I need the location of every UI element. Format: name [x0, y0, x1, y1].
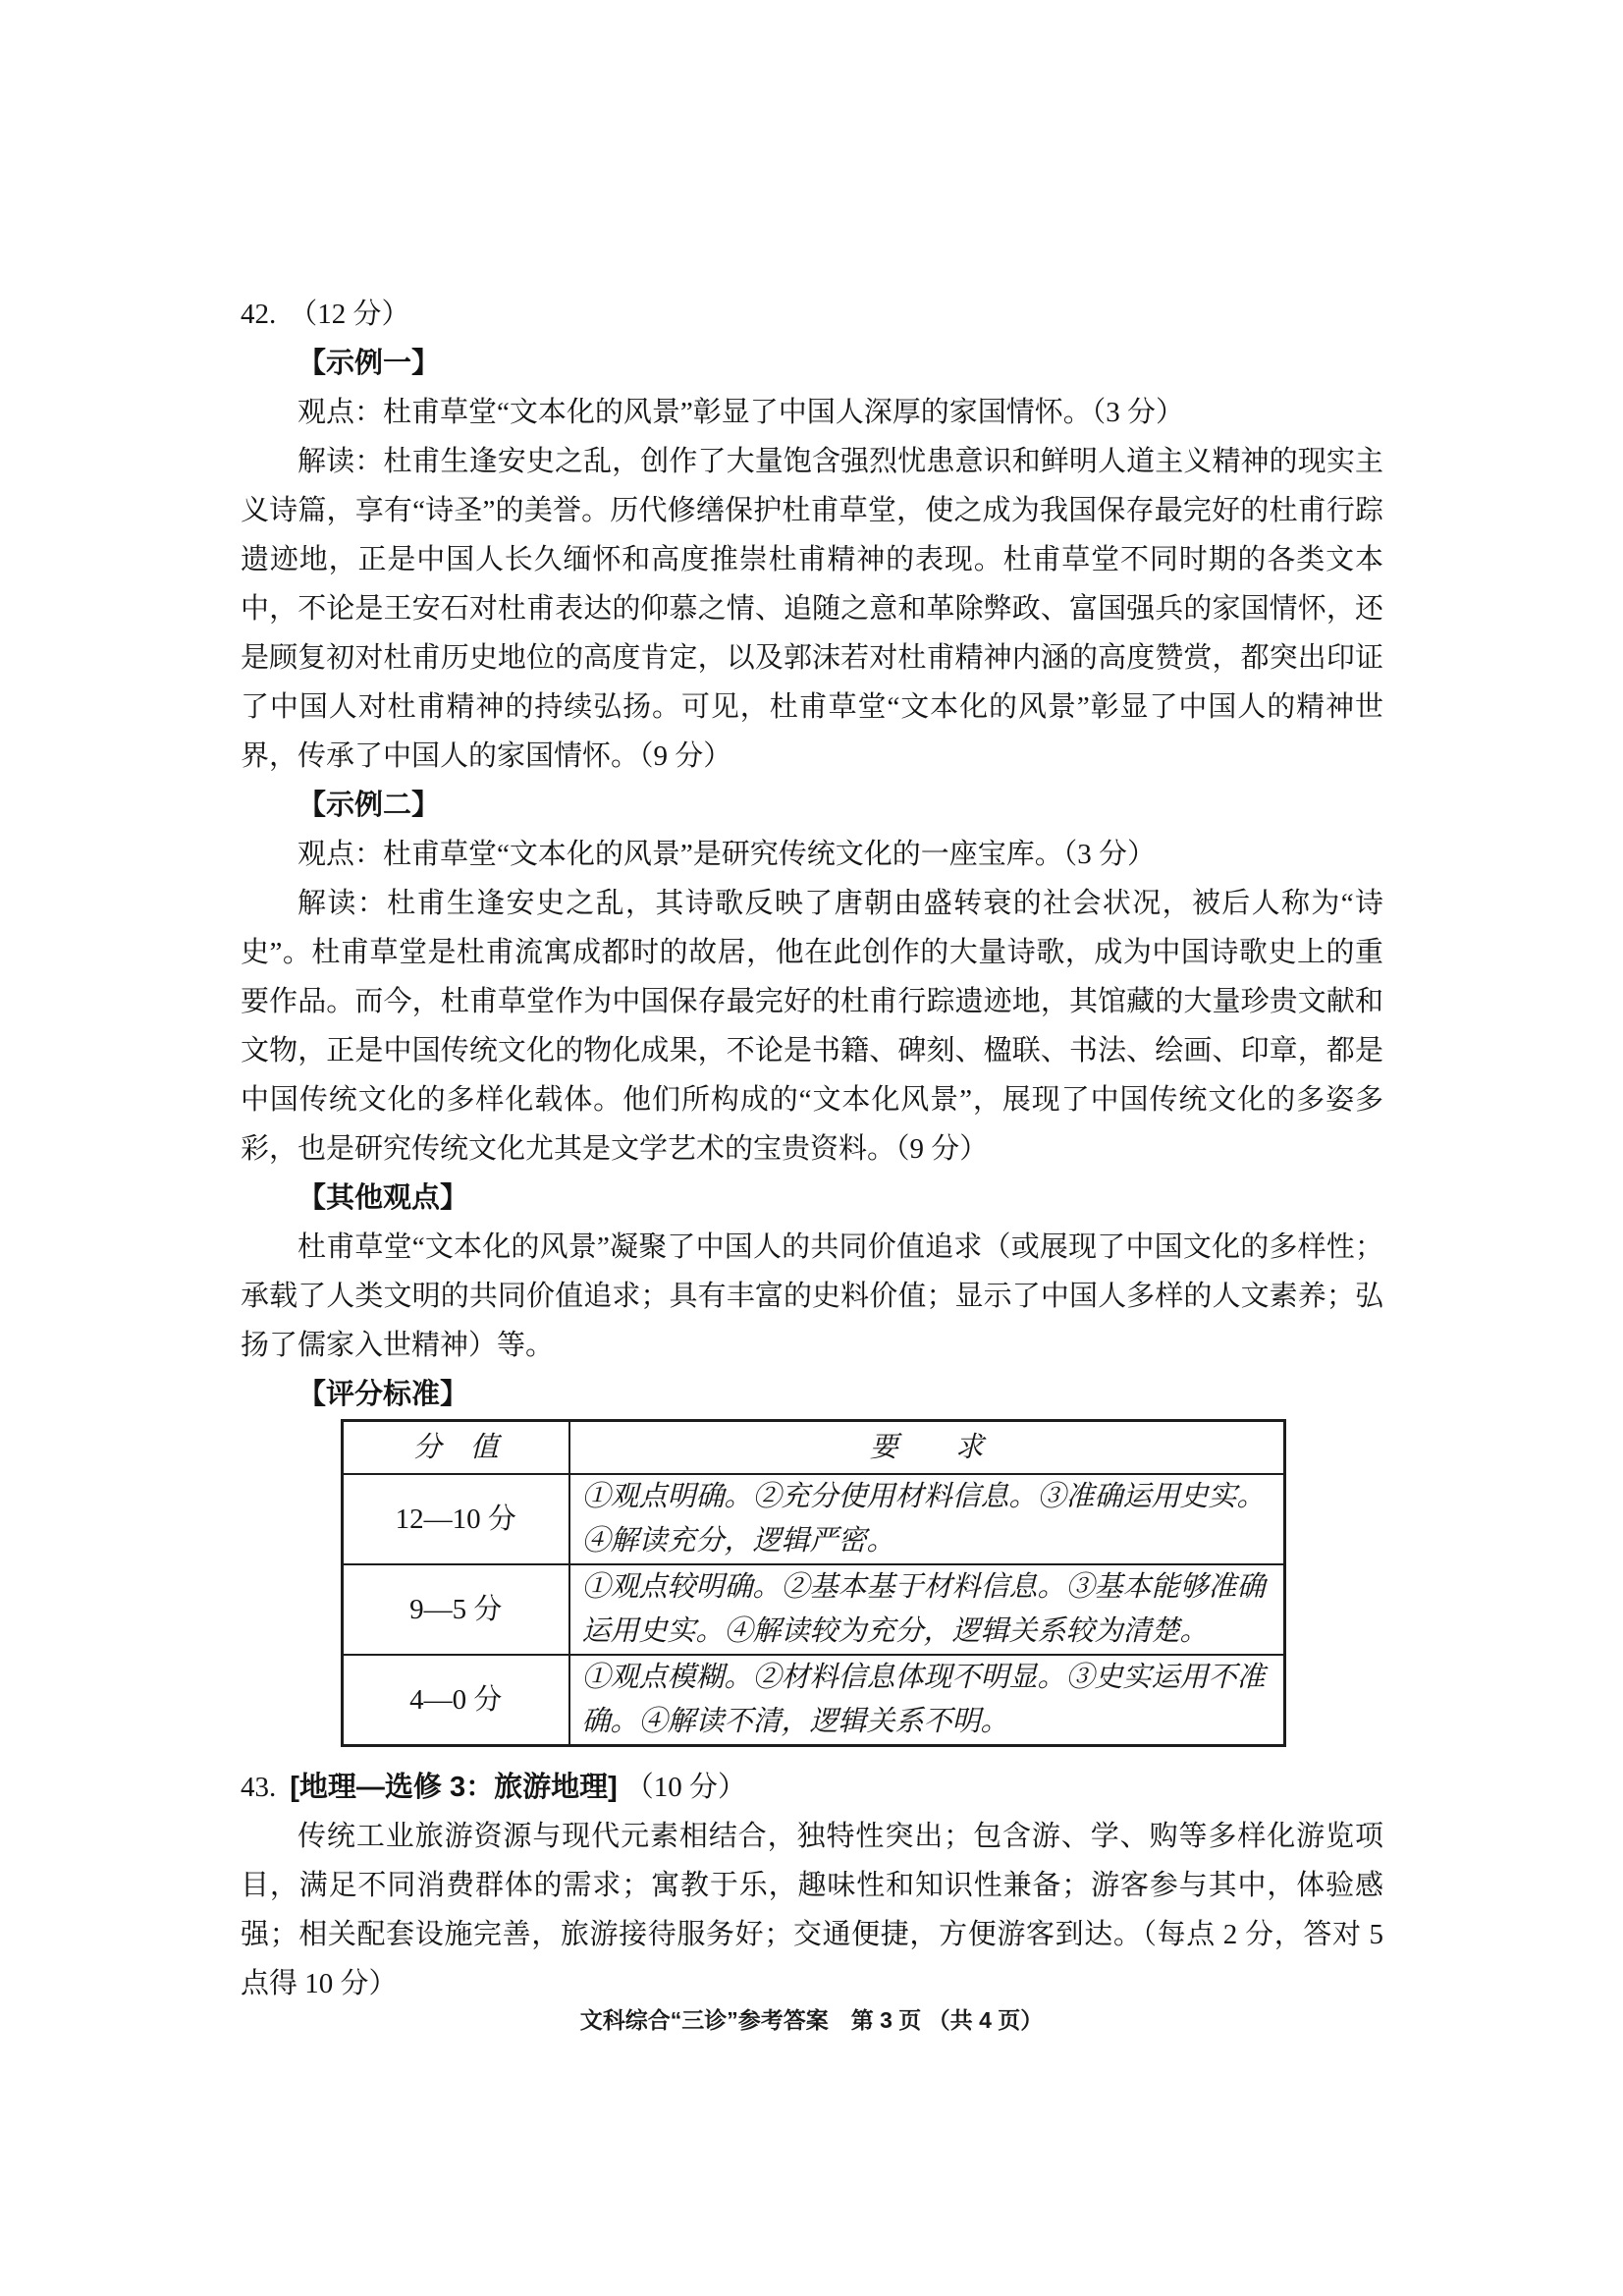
- requirement-line: 运用史实。④解读较为充分，逻辑关系较为清楚。: [582, 1610, 1272, 1654]
- rubric-table: 分 值 要 求 12—10 分 ①观点明确。②充分使用材料信息。③准确运用史实。…: [341, 1419, 1286, 1747]
- rubric-row-2: 9—5 分 ①观点较明确。②基本基于材料信息。③基本能够准确 运用史实。④解读较…: [343, 1564, 1285, 1655]
- rubric-header-requirement: 要 求: [569, 1421, 1285, 1475]
- q43-number: 43.: [241, 1772, 276, 1803]
- requirement-line: 确。④解读不清，逻辑关系不明。: [582, 1700, 1272, 1744]
- rubric-row-3-requirement: ①观点模糊。②材料信息体现不明显。③史实运用不准 确。④解读不清，逻辑关系不明。: [569, 1655, 1285, 1746]
- example1-heading: 【示例一】: [241, 339, 1383, 388]
- rubric-row-2-score: 9—5 分: [343, 1564, 569, 1655]
- answer-content: 42.（12 分） 【示例一】 观点：杜甫草堂“文本化的风景”彰显了中国人深厚的…: [241, 290, 1383, 2008]
- footer-text: 文科综合“三诊”参考答案 第 3 页 （共 4 页）: [580, 2007, 1044, 2033]
- q43-title: [地理—选修 3：旅游地理]: [290, 1772, 618, 1803]
- example2-interpretation: 解读：杜甫生逢安史之乱，其诗歌反映了唐朝由盛转衰的社会状况，被后人称为“诗史”。…: [241, 879, 1383, 1174]
- example1-interpretation: 解读：杜甫生逢安史之乱，创作了大量饱含强烈忧患意识和鲜明人道主义精神的现实主义诗…: [241, 437, 1383, 781]
- requirement-line: ④解读充分，逻辑严密。: [582, 1519, 1272, 1563]
- requirement-line: ①观点模糊。②材料信息体现不明显。③史实运用不准: [582, 1656, 1272, 1700]
- other-views-text: 杜甫草堂“文本化的风景”凝聚了中国人的共同价值追求（或展现了中国文化的多样性；承…: [241, 1223, 1383, 1370]
- q42-header-line: 42.（12 分）: [241, 290, 1383, 339]
- q43-score: （10 分）: [625, 1772, 746, 1803]
- other-views-heading: 【其他观点】: [241, 1174, 1383, 1223]
- example1-viewpoint: 观点：杜甫草堂“文本化的风景”彰显了中国人深厚的家国情怀。（3 分）: [241, 388, 1383, 437]
- requirement-line: ①观点较明确。②基本基于材料信息。③基本能够准确: [582, 1565, 1272, 1610]
- page-footer: 文科综合“三诊”参考答案 第 3 页 （共 4 页）: [0, 2005, 1623, 2035]
- q42-score: （12 分）: [289, 299, 409, 330]
- requirement-line: ①观点明确。②充分使用材料信息。③准确运用史实。: [582, 1475, 1272, 1519]
- rubric-row-3: 4—0 分 ①观点模糊。②材料信息体现不明显。③史实运用不准 确。④解读不清，逻…: [343, 1655, 1285, 1746]
- rubric-header-score: 分 值: [343, 1421, 569, 1475]
- example2-heading: 【示例二】: [241, 781, 1383, 830]
- rubric-row-1-score: 12—10 分: [343, 1474, 569, 1564]
- rubric-row-3-score: 4—0 分: [343, 1655, 569, 1746]
- rubric-header-row: 分 值 要 求: [343, 1421, 1285, 1475]
- q42-number: 42.: [241, 299, 276, 330]
- rubric-heading: 【评分标准】: [241, 1370, 1383, 1419]
- q43-answer: 传统工业旅游资源与现代元素相结合，独特性突出；包含游、学、购等多样化游览项目，满…: [241, 1812, 1383, 2008]
- exam-answer-page: 42.（12 分） 【示例一】 观点：杜甫草堂“文本化的风景”彰显了中国人深厚的…: [0, 0, 1623, 2296]
- q43-header-line: 43.[地理—选修 3：旅游地理]（10 分）: [241, 1763, 1383, 1812]
- q43-block: 43.[地理—选修 3：旅游地理]（10 分） 传统工业旅游资源与现代元素相结合…: [241, 1763, 1383, 2008]
- rubric-row-1: 12—10 分 ①观点明确。②充分使用材料信息。③准确运用史实。 ④解读充分，逻…: [343, 1474, 1285, 1564]
- rubric-row-2-requirement: ①观点较明确。②基本基于材料信息。③基本能够准确 运用史实。④解读较为充分，逻辑…: [569, 1564, 1285, 1655]
- example2-viewpoint: 观点：杜甫草堂“文本化的风景”是研究传统文化的一座宝库。（3 分）: [241, 830, 1383, 879]
- rubric-row-1-requirement: ①观点明确。②充分使用材料信息。③准确运用史实。 ④解读充分，逻辑严密。: [569, 1474, 1285, 1564]
